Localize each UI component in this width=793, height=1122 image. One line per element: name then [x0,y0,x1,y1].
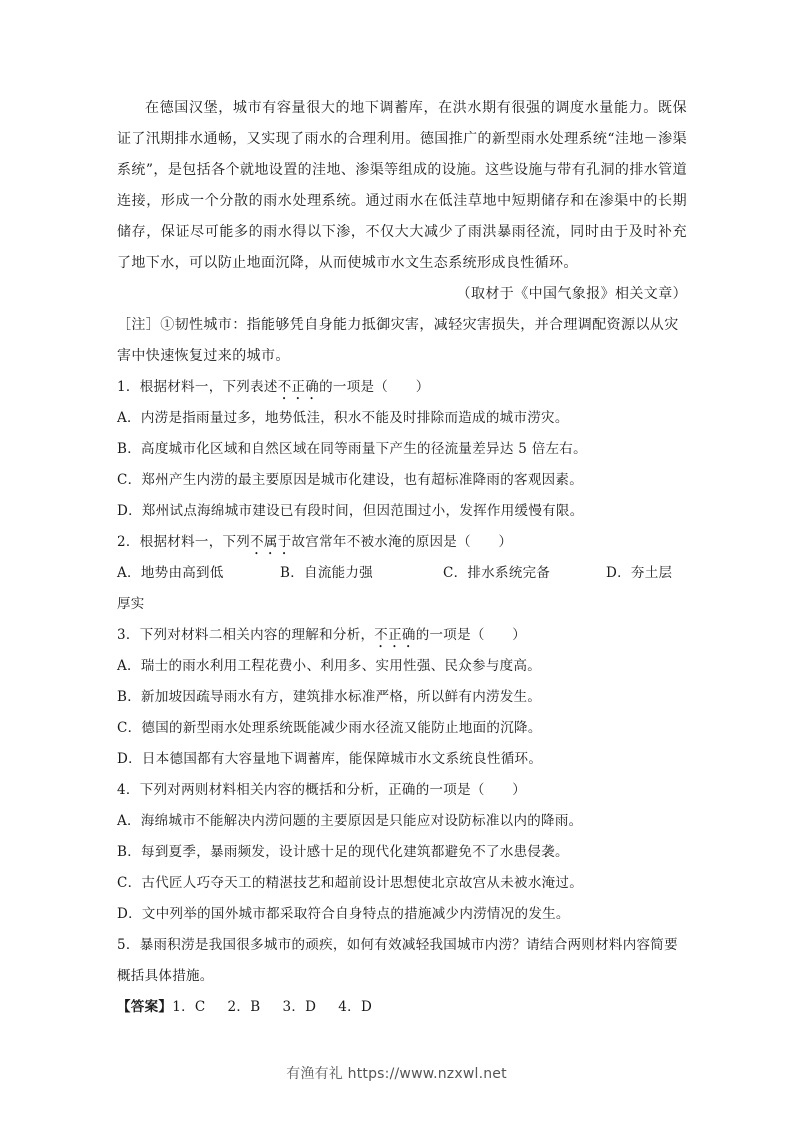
question-stem: 4．下列对两则材料相关内容的概括和分析，正确的一项是（ ） [117,775,687,806]
option-b: B．自流能力强 [280,558,443,589]
stem-text: 故宫常年不被水淹的原因是（ ） [292,534,513,550]
question-stem: 1．根据材料一，下列表述不正确的一项是（ ） [117,372,687,403]
option-b: B．高度城市化区域和自然区域在同等雨量下产生的径流量差异达 5 倍左右。 [117,434,687,465]
stem-text: 2．根据材料一，下列 [117,534,250,550]
option-b: B．每到夏季，暴雨频发，设计感十足的现代化建筑都避免不了水患侵袭。 [117,837,687,868]
answer-label: 【答案】 [117,999,172,1015]
question-stem: 3．下列对材料二相关内容的理解和分析，不正确的一项是（ ） [117,620,687,651]
answer-item: 1．C [172,999,205,1015]
stem-emphasis: 不属于 [250,534,291,550]
option-d: D．夯土层 [606,558,687,589]
answer-item: 2．B [228,999,261,1015]
option-c: C．德国的新型雨水处理系统既能减少雨水径流又能防止地面的沉降。 [117,713,687,744]
question-stem: 5．暴雨积涝是我国很多城市的顽疾，如何有效减轻我国城市内涝？请结合两则材料内容简… [117,930,687,992]
stem-text: 的一项是（ ） [416,627,526,643]
answer-item: 4．D [338,999,372,1015]
document-page: 在德国汉堡，城市有容量很大的地下调蓄库，在洪水期有很强的调度水量能力。既保证了汛… [117,93,687,1023]
question-stem: 2．根据材料一，下列不属于故宫常年不被水淹的原因是（ ） [117,527,687,558]
option-a: A．海绵城市不能解决内涝问题的主要原因是只能应对设防标准以内的降雨。 [117,806,687,837]
answer-key: 【答案】1．C2．B3．D4．D [117,992,687,1023]
question-5: 5．暴雨积涝是我国很多城市的顽疾，如何有效减轻我国城市内涝？请结合两则材料内容简… [117,930,687,992]
stem-text: 1．根据材料一，下列表述 [117,379,278,395]
question-1: 1．根据材料一，下列表述不正确的一项是（ ） A．内涝是指雨量过多，地势低洼，积… [117,372,687,527]
option-d: D．文中列举的国外城市都采取符合自身特点的措施减少内涝情况的发生。 [117,899,687,930]
option-c: C．郑州产生内涝的最主要原因是城市化建设，也有超标准降雨的客观因素。 [117,465,687,496]
passage-source: （取材于《中国气象报》相关文章） [117,279,687,310]
option-c: C．古代匠人巧夺天工的精湛技艺和超前设计思想使北京故宫从未被水淹过。 [117,868,687,899]
stem-emphasis: 不正确 [278,379,319,395]
question-4: 4．下列对两则材料相关内容的概括和分析，正确的一项是（ ） A．海绵城市不能解决… [117,775,687,930]
option-a: A．瑞士的雨水利用工程花费小、利用多、实用性强、民众参与度高。 [117,651,687,682]
option-a: A．地势由高到低 [117,558,280,589]
option-c: C．排水系统完备 [443,558,606,589]
stem-text: 3．下列对材料二相关内容的理解和分析， [117,627,374,643]
stem-emphasis: 不正确 [374,627,415,643]
footer-watermark: 有渔有礼 https://www.nzxwl.net [0,1063,793,1083]
option-d-continuation: 厚实 [117,589,687,620]
option-b: B．新加坡因疏导雨水有方，建筑排水标准严格，所以鲜有内涝发生。 [117,682,687,713]
question-3: 3．下列对材料二相关内容的理解和分析，不正确的一项是（ ） A．瑞士的雨水利用工… [117,620,687,775]
stem-text: 的一项是（ ） [319,379,429,395]
option-d: D．日本德国都有大容量地下调蓄库，能保障城市水文系统良性循环。 [117,744,687,775]
option-d: D．郑州试点海绵城市建设已有段时间，但因范围过小，发挥作用缓慢有限。 [117,496,687,527]
answer-item: 3．D [282,999,316,1015]
footnote: ［注］①韧性城市：指能够凭自身能力抵御灾害，减轻灾害损失，并合理调配资源以从灾害… [117,310,687,372]
options-row: A．地势由高到低 B．自流能力强 C．排水系统完备 D．夯土层 [117,558,687,589]
option-a: A．内涝是指雨量过多，地势低洼，积水不能及时排除而造成的城市涝灾。 [117,403,687,434]
passage-paragraph: 在德国汉堡，城市有容量很大的地下调蓄库，在洪水期有很强的调度水量能力。既保证了汛… [117,93,687,279]
question-2: 2．根据材料一，下列不属于故宫常年不被水淹的原因是（ ） A．地势由高到低 B．… [117,527,687,620]
